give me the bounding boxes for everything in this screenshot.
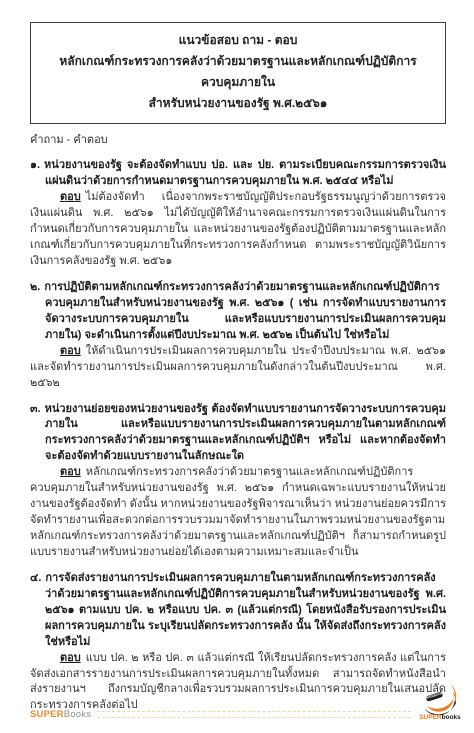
document-page: แนวข้อสอบ ถาม - ตอบ หลักเกณฑ์กระทรวงการค… [0,0,474,733]
footer-brand: SUPERBooks [30,709,91,721]
logo-wordmark: SUPERbooks [419,714,461,721]
logo-wordmark-suffix: books [442,714,461,721]
answer-2-label: ตอบ [60,345,81,357]
title-line-2: หลักเกณฑ์กระทรวงการคลังว่าด้วยมาตรฐานและ… [41,51,435,93]
answer-3-label: ตอบ [60,466,81,478]
answer-2: ตอบให้ดำเนินการประเมินผลการควบคุมภายใน ป… [30,344,446,392]
title-box: แนวข้อสอบ ถาม - ตอบ หลักเกณฑ์กระทรวงการค… [30,22,446,124]
answer-3: ตอบหลักเกณฑ์กระทรวงการคลังว่าด้วยมาตรฐาน… [30,465,446,561]
answer-1-label: ตอบ [60,191,81,203]
question-4-number: ๔. [30,572,41,584]
question-1-text: หน่วยงานของรัฐ จะต้องจัดทำแบบ ปอ. และ ปย… [44,159,446,187]
section-label: คำถาม - คำตอบ [30,133,446,148]
question-3-number: ๓. [30,403,41,415]
question-3-text: หน่วยงานย่อยของหน่วยงานของรัฐ ต้องจัดทำแ… [45,403,446,463]
publisher-logo: SUPERBOOKS SUPERbooks [416,682,464,721]
footer-brand-prefix: SUPER [30,709,64,720]
page-footer: SUPERBooks SUPERBOOKS SUPERbooks [30,682,464,721]
question-4: ๔.การจัดส่งรายงานการประเมินผลการควบคุมภา… [30,571,446,651]
footer-brand-suffix: Books [64,709,91,720]
qa-item-2: ๒.การปฏิบัติตามหลักเกณฑ์กระทรวงการคลังว่… [30,280,446,392]
question-2-text: การปฏิบัติตามหลักเกณฑ์กระทรวงการคลังว่าด… [44,281,446,341]
question-3: ๓.หน่วยงานย่อยของหน่วยงานของรัฐ ต้องจัดท… [30,402,446,466]
question-1: ๑.หน่วยงานของรัฐ จะต้องจัดทำแบบ ปอ. และ … [30,158,446,190]
answer-4-label: ตอบ [60,652,81,664]
question-4-text: การจัดส่งรายงานการประเมินผลการควบคุมภายใ… [45,572,446,648]
swoosh-logo-icon: SUPERBOOKS [420,682,460,716]
footer-dashed-divider [97,711,411,718]
question-2-number: ๒. [30,281,40,293]
logo-wordmark-prefix: SUPER [419,714,441,721]
answer-2-text: ให้ดำเนินการประเมินผลการควบคุมภายใน ประจ… [30,345,446,389]
title-line-1: แนวข้อสอบ ถาม - ตอบ [41,30,435,51]
answer-3-text: หลักเกณฑ์กระทรวงการคลังว่าด้วยมาตรฐานและ… [30,466,446,558]
qa-item-3: ๓.หน่วยงานย่อยของหน่วยงานของรัฐ ต้องจัดท… [30,402,446,561]
document-content: แนวข้อสอบ ถาม - ตอบ หลักเกณฑ์กระทรวงการค… [30,22,446,714]
answer-1: ตอบไม่ต้องจัดทำ เนื่องจากพระราชบัญญัติปร… [30,190,446,270]
answer-1-text: ไม่ต้องจัดทำ เนื่องจากพระราชบัญญัติประกอ… [30,191,446,267]
question-1-number: ๑. [30,159,40,171]
question-2: ๒.การปฏิบัติตามหลักเกณฑ์กระทรวงการคลังว่… [30,280,446,344]
title-line-3: สำหรับหน่วยงานของรัฐ พ.ศ.๒๕๖๑ [41,93,435,114]
qa-item-1: ๑.หน่วยงานของรัฐ จะต้องจัดทำแบบ ปอ. และ … [30,158,446,270]
